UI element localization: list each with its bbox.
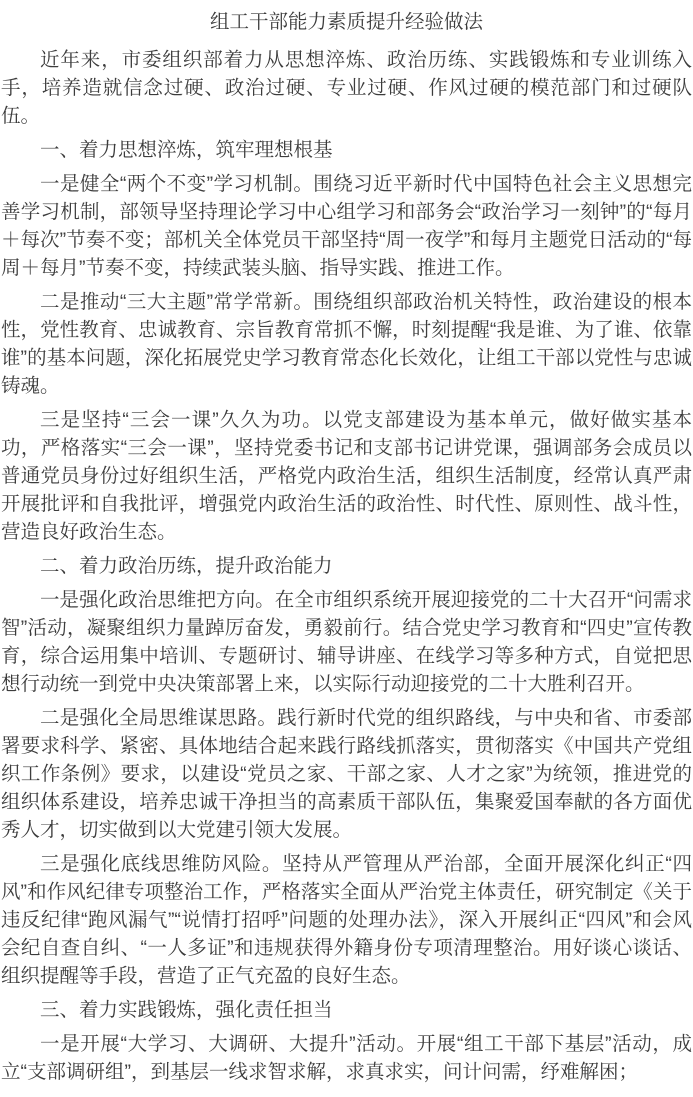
paragraph: 二是强化全局思维谋思路。践行新时代党的组织路线，与中央和省、市委部署要求科学、紧… bbox=[1, 704, 692, 844]
paragraph: 三是强化底线思维防风险。坚持从严管理从严治部，全面开展深化纠正“四风”和作风纪律… bbox=[1, 850, 692, 990]
paragraph: 一是强化政治思维把方向。在全市组织系统开展迎接党的二十大召开“问需求智”活动，凝… bbox=[1, 586, 692, 698]
document-body: 近年来，市委组织部着力从思想淬炼、政治历练、实践锻炼和专业训练入手，培养造就信念… bbox=[1, 46, 692, 1086]
paragraph: 一是开展“大学习、大调研、大提升”活动。开展“组工干部下基层”活动，成立“支部调… bbox=[1, 1030, 692, 1086]
document-page: 组工干部能力素质提升经验做法 近年来，市委组织部着力从思想淬炼、政治历练、实践锻… bbox=[0, 0, 693, 1097]
paragraph: 一是健全“两个不变”学习机制。围绕习近平新时代中国特色社会主义思想完善学习机制，… bbox=[1, 170, 692, 282]
page-title: 组工干部能力素质提升经验做法 bbox=[1, 8, 692, 36]
paragraph: 三是坚持“三会一课”久久为功。以党支部建设为基本单元，做好做实基本功，严格落实“… bbox=[1, 406, 692, 546]
paragraph: 二是推动“三大主题”常学常新。围绕组织部政治机关特性，政治建设的根本性，党性教育… bbox=[1, 288, 692, 400]
section-heading: 一、着力思想淬炼，筑牢理想根基 bbox=[1, 136, 692, 164]
section-heading: 二、着力政治历练，提升政治能力 bbox=[1, 552, 692, 580]
paragraph: 近年来，市委组织部着力从思想淬炼、政治历练、实践锻炼和专业训练入手，培养造就信念… bbox=[1, 46, 692, 130]
section-heading: 三、着力实践锻炼，强化责任担当 bbox=[1, 996, 692, 1024]
